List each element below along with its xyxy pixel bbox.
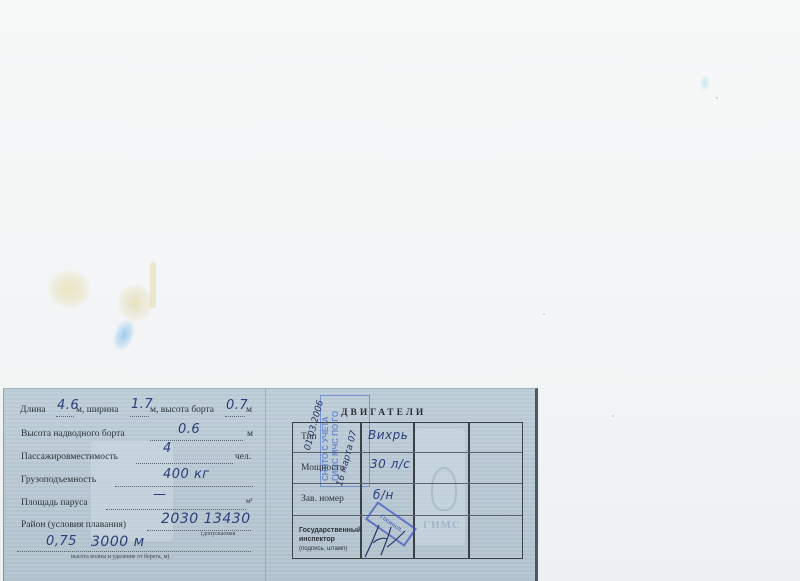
speck <box>716 97 718 99</box>
grid-line <box>413 423 415 558</box>
grid-line <box>293 452 522 453</box>
stain <box>48 270 90 308</box>
engines-title: ДВИГАТЕЛИ <box>341 408 426 418</box>
area-label: Район (условия плавания) <box>21 520 126 530</box>
stain <box>118 285 152 321</box>
length-label: Длина <box>20 405 46 415</box>
passengers-label: Пассажировместимость <box>21 452 118 462</box>
sail-area-value: — <box>153 487 167 502</box>
serial-number-value: б/н <box>373 488 394 502</box>
grid-line <box>293 515 522 516</box>
inspector-line: Государственный <box>299 526 361 535</box>
dotted-line <box>225 416 245 417</box>
distance-value: 3000 м <box>91 534 145 550</box>
engine-type-value: Вихрь <box>368 428 408 442</box>
capacity-label: Грузоподъемность <box>21 475 96 485</box>
side-height-label: м, высота борта <box>150 405 214 415</box>
booklet-fold <box>265 389 266 581</box>
dotted-line <box>130 416 149 417</box>
dotted-line <box>136 463 233 464</box>
inspector-signature <box>361 517 411 561</box>
inspector-line: инспектор <box>299 535 361 544</box>
speck <box>612 415 614 417</box>
speck <box>543 313 545 315</box>
dotted-line <box>56 416 74 417</box>
stain <box>150 262 156 308</box>
grid-line <box>468 423 470 558</box>
serial-number-label: Зав. номер <box>301 494 344 504</box>
grid-line <box>293 483 522 484</box>
freeboard-unit: м <box>247 429 253 439</box>
dotted-line <box>147 530 251 531</box>
freeboard-label: Высота надводного борта <box>21 429 125 439</box>
passengers-unit: чел. <box>235 452 251 462</box>
inspector-note: (подпись, штамп) <box>299 546 347 552</box>
capacity-value: 400 кг <box>163 467 210 482</box>
side-height-value: 0.7 <box>226 398 248 413</box>
passengers-value: 4 <box>163 441 172 456</box>
area-sublabel: (допускаемая <box>201 531 235 537</box>
sail-area-unit: м² <box>246 497 253 505</box>
sail-area-label: Площадь паруса <box>21 498 88 508</box>
dotted-line <box>17 551 251 552</box>
booklet-edge-shadow <box>535 388 539 581</box>
area-value: 2030 13430 <box>161 511 251 527</box>
registration-booklet: ГИМС Длина 4.6 м, ширина 1.7 м, высота б… <box>3 388 538 581</box>
unit-m: м <box>246 405 252 415</box>
wave-height-value: 0,75 <box>46 534 77 549</box>
inspector-label: Государственный инспектор (подпись, штам… <box>299 526 361 554</box>
ink-stain <box>700 75 710 91</box>
area-sublabel-2: высота волны и удаление от берега, м) <box>71 554 169 560</box>
engine-power-value: 30 л/с <box>370 457 410 471</box>
dotted-line <box>115 486 253 487</box>
freeboard-value: 0.6 <box>178 422 200 437</box>
dotted-line <box>106 509 246 510</box>
width-label: м, ширина <box>76 405 118 415</box>
